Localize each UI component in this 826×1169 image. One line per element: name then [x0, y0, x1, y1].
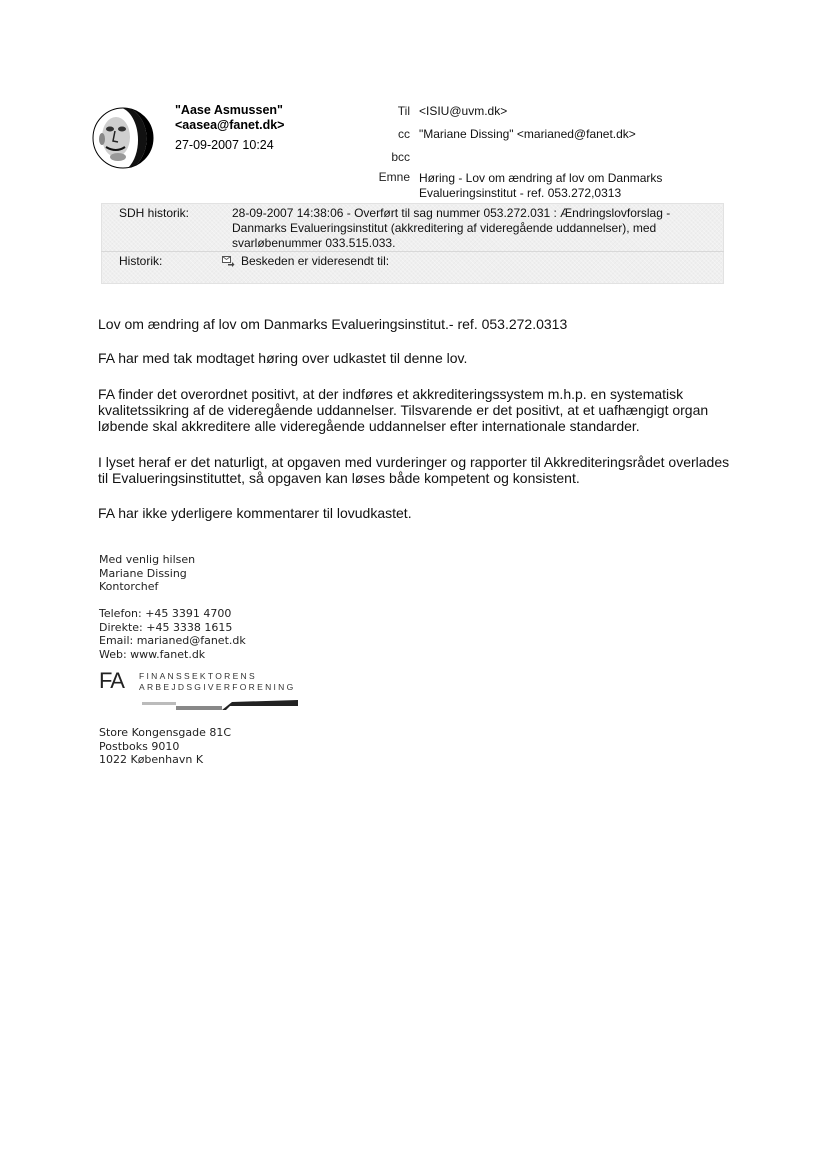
history-label: Historik: [119, 254, 162, 268]
to-label: Til [360, 104, 410, 118]
signature-address: Store Kongensgade 81C Postboks 9010 1022… [99, 726, 231, 767]
forward-text: Beskeden er videresendt til: [241, 254, 389, 268]
signature-closing: Med venlig hilsen Mariane Dissing Kontor… [99, 553, 195, 594]
body-paragraph: I lyset heraf er det naturligt, at opgav… [98, 454, 738, 486]
company-logo-line1: FINANSSEKTORENS [139, 671, 257, 681]
to-value[interactable]: <ISIU@uvm.dk> [419, 104, 507, 119]
bcc-label: bcc [360, 150, 410, 164]
cc-value[interactable]: "Mariane Dissing" <marianed@fanet.dk> [419, 127, 636, 142]
company-logo-bar [140, 699, 300, 711]
sender-email[interactable]: <aasea@fanet.dk> [175, 117, 284, 133]
subject-label: Emne [360, 170, 410, 184]
body-paragraph: FA har med tak modtaget høring over udka… [98, 350, 738, 366]
sdh-history-text: 28-09-2007 14:38:06 - Overført til sag n… [232, 206, 672, 251]
subject-value: Høring - Lov om ændring af lov om Danmar… [419, 171, 689, 201]
signature-contact: Telefon: +45 3391 4700 Direkte: +45 3338… [99, 607, 246, 661]
company-logo-line2: ARBEJDSGIVERFORENING [139, 682, 296, 692]
cc-label: cc [360, 127, 410, 141]
history-divider [101, 251, 724, 252]
body-paragraph: FA har ikke yderligere kommentarer til l… [98, 505, 738, 521]
sender-name: "Aase Asmussen" [175, 102, 283, 118]
forward-message-icon [222, 256, 235, 267]
sent-date: 27-09-2007 10:24 [175, 138, 274, 152]
body-paragraph: Lov om ændring af lov om Danmarks Evalue… [98, 316, 738, 332]
sender-avatar [92, 107, 154, 169]
sdh-history-label: SDH historik: [119, 206, 189, 220]
company-logo-abbr: FA [99, 670, 124, 692]
forward-status: Beskeden er videresendt til: [222, 254, 389, 268]
body-paragraph: FA finder det overordnet positivt, at de… [98, 386, 738, 434]
moon-face-avatar-icon [92, 107, 154, 169]
